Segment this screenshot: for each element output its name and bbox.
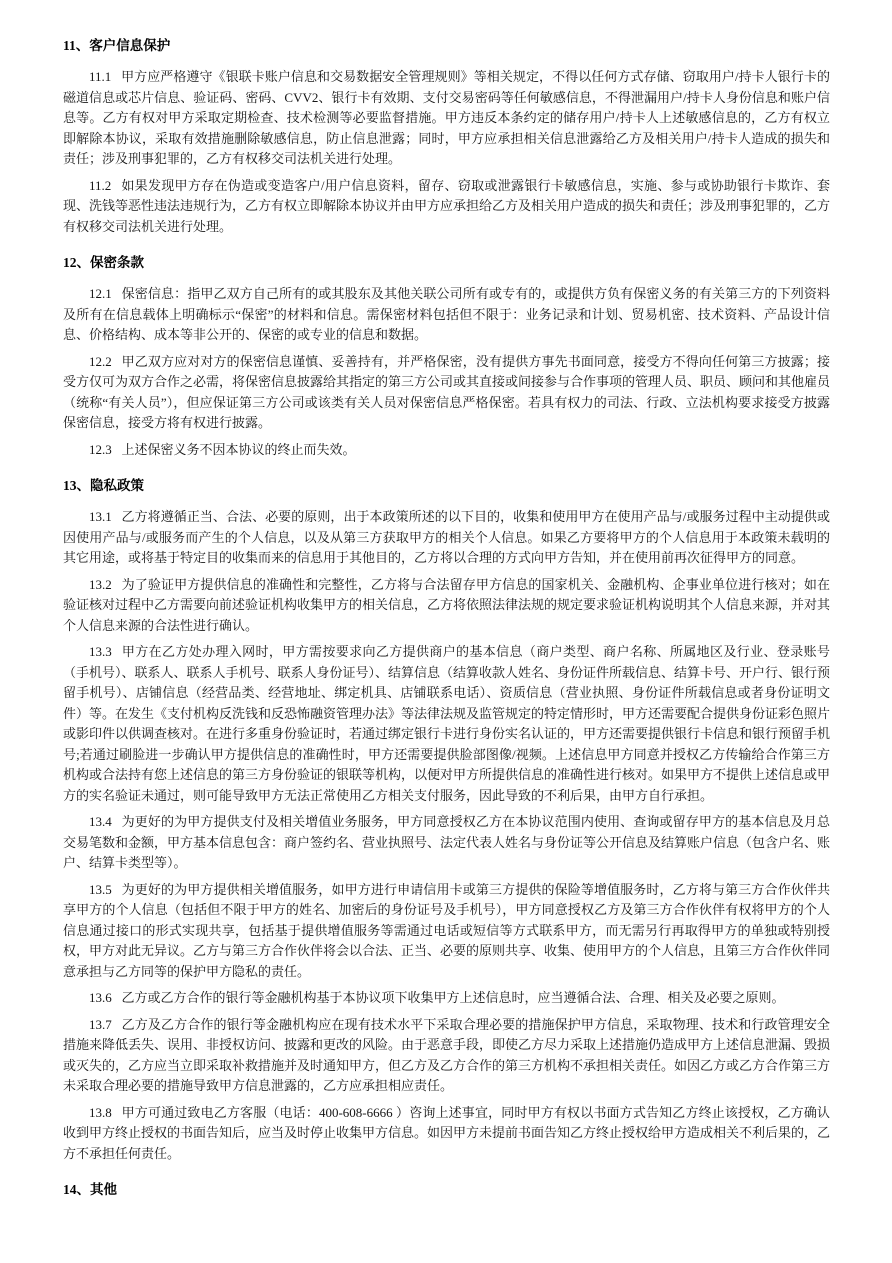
clause-11-2: 11.2如果发现甲方存在伪造或变造客户/用户信息资料，留存、窃取或泄露银行卡敏感…: [63, 176, 830, 238]
clause-12-1: 12.1保密信息：指甲乙双方自己所有的或其股东及其他关联公司所有或专有的，或提供…: [63, 284, 830, 346]
clause-text: 为更好的为甲方提供相关增值服务，如甲方进行申请信用卡或第三方提供的保险等增值服务…: [63, 882, 830, 979]
clause-text: 为更好的为甲方提供支付及相关增值业务服务，甲方同意授权乙方在本协议范围内使用、查…: [63, 814, 830, 870]
section-other: 14、其他: [63, 1180, 830, 1200]
clause-text: 上述保密义务不因本协议的终止而失效。: [122, 442, 356, 457]
clause-number: 11.1: [89, 69, 111, 84]
section-heading-14: 14、其他: [63, 1180, 830, 1200]
clause-number: 13.3: [89, 644, 112, 659]
clause-13-8: 13.8甲方可通过致电乙方客服（电话：400-608-6666 ）咨询上述事宜，…: [63, 1103, 830, 1165]
clause-number: 13.4: [89, 814, 112, 829]
section-heading-12: 12、保密条款: [63, 253, 830, 273]
section-confidentiality: 12、保密条款 12.1保密信息：指甲乙双方自己所有的或其股东及其他关联公司所有…: [63, 253, 830, 460]
clause-number: 12.3: [89, 442, 112, 457]
clause-text: 甲方应严格遵守《银联卡账户信息和交易数据安全管理规则》等相关规定，不得以任何方式…: [63, 69, 830, 166]
clause-12-2: 12.2甲乙双方应对对方的保密信息谨慎、妥善持有，并严格保密，没有提供方事先书面…: [63, 352, 830, 434]
clause-13-6: 13.6乙方或乙方合作的银行等金融机构基于本协议项下收集甲方上述信息时，应当遵循…: [63, 988, 830, 1009]
clause-13-1: 13.1乙方将遵循正当、合法、必要的原则，出于本政策所述的以下目的，收集和使用甲…: [63, 507, 830, 569]
clause-text: 甲乙双方应对对方的保密信息谨慎、妥善持有，并严格保密，没有提供方事先书面同意，接…: [63, 354, 830, 431]
clause-12-3: 12.3上述保密义务不因本协议的终止而失效。: [63, 440, 830, 461]
clause-13-4: 13.4为更好的为甲方提供支付及相关增值业务服务，甲方同意授权乙方在本协议范围内…: [63, 812, 830, 874]
clause-text: 乙方或乙方合作的银行等金融机构基于本协议项下收集甲方上述信息时，应当遵循合法、合…: [122, 990, 785, 1005]
clause-number: 13.2: [89, 577, 112, 592]
contract-document-page: 11、客户信息保护 11.1甲方应严格遵守《银联卡账户信息和交易数据安全管理规则…: [0, 0, 892, 1263]
clause-number: 13.5: [89, 882, 112, 897]
clause-number: 13.1: [89, 509, 112, 524]
section-heading-11: 11、客户信息保护: [63, 36, 830, 56]
clause-11-1: 11.1甲方应严格遵守《银联卡账户信息和交易数据安全管理规则》等相关规定，不得以…: [63, 67, 830, 170]
section-privacy-policy: 13、隐私政策 13.1乙方将遵循正当、合法、必要的原则，出于本政策所述的以下目…: [63, 476, 830, 1164]
clause-text: 为了验证甲方提供信息的准确性和完整性，乙方将与合法留存甲方信息的国家机关、金融机…: [63, 577, 830, 633]
section-heading-13: 13、隐私政策: [63, 476, 830, 496]
clause-number: 12.2: [89, 354, 112, 369]
clause-text: 乙方将遵循正当、合法、必要的原则，出于本政策所述的以下目的，收集和使用甲方在使用…: [63, 509, 830, 565]
clause-text: 甲方在乙方处办理入网时，甲方需按要求向乙方提供商户的基本信息（商户类型、商户名称…: [63, 644, 830, 803]
clause-text: 乙方及乙方合作的银行等金融机构应在现有技术水平下采取合理必要的措施保护甲方信息，…: [63, 1017, 830, 1094]
clause-13-2: 13.2为了验证甲方提供信息的准确性和完整性，乙方将与合法留存甲方信息的国家机关…: [63, 575, 830, 637]
clause-13-3: 13.3甲方在乙方处办理入网时，甲方需按要求向乙方提供商户的基本信息（商户类型、…: [63, 642, 830, 806]
clause-number: 11.2: [89, 178, 111, 193]
clause-number: 12.1: [89, 286, 112, 301]
clause-13-7: 13.7乙方及乙方合作的银行等金融机构应在现有技术水平下采取合理必要的措施保护甲…: [63, 1015, 830, 1097]
clause-text: 保密信息：指甲乙双方自己所有的或其股东及其他关联公司所有或专有的，或提供方负有保…: [63, 286, 830, 342]
section-customer-info-protection: 11、客户信息保护 11.1甲方应严格遵守《银联卡账户信息和交易数据安全管理规则…: [63, 36, 830, 237]
clause-text: 如果发现甲方存在伪造或变造客户/用户信息资料，留存、窃取或泄露银行卡敏感信息，实…: [63, 178, 830, 234]
clause-text: 甲方可通过致电乙方客服（电话：400-608-6666 ）咨询上述事宜，同时甲方…: [63, 1105, 830, 1161]
clause-number: 13.6: [89, 990, 112, 1005]
clause-number: 13.7: [89, 1017, 112, 1032]
clause-number: 13.8: [89, 1105, 112, 1120]
clause-13-5: 13.5为更好的为甲方提供相关增值服务，如甲方进行申请信用卡或第三方提供的保险等…: [63, 880, 830, 983]
